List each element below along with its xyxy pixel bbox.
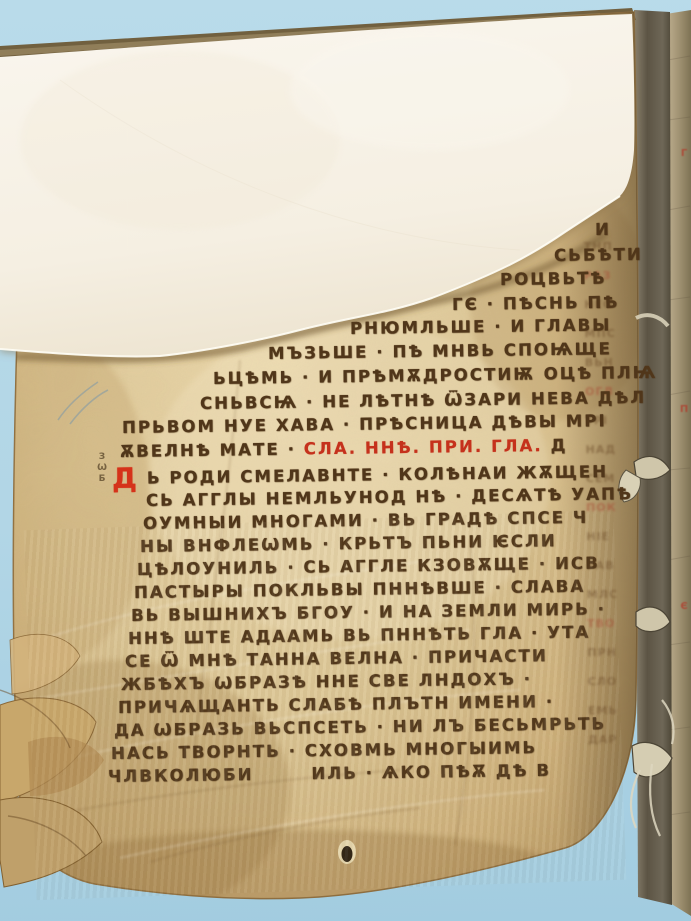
manuscript-photo: ТНПРАЗНЕОМПСВЬНОГЛТРІНАДСЕМПОКНІЕРАВМЛСТ… <box>0 0 691 921</box>
parchment-hole <box>338 840 356 864</box>
book-scene <box>0 0 691 921</box>
